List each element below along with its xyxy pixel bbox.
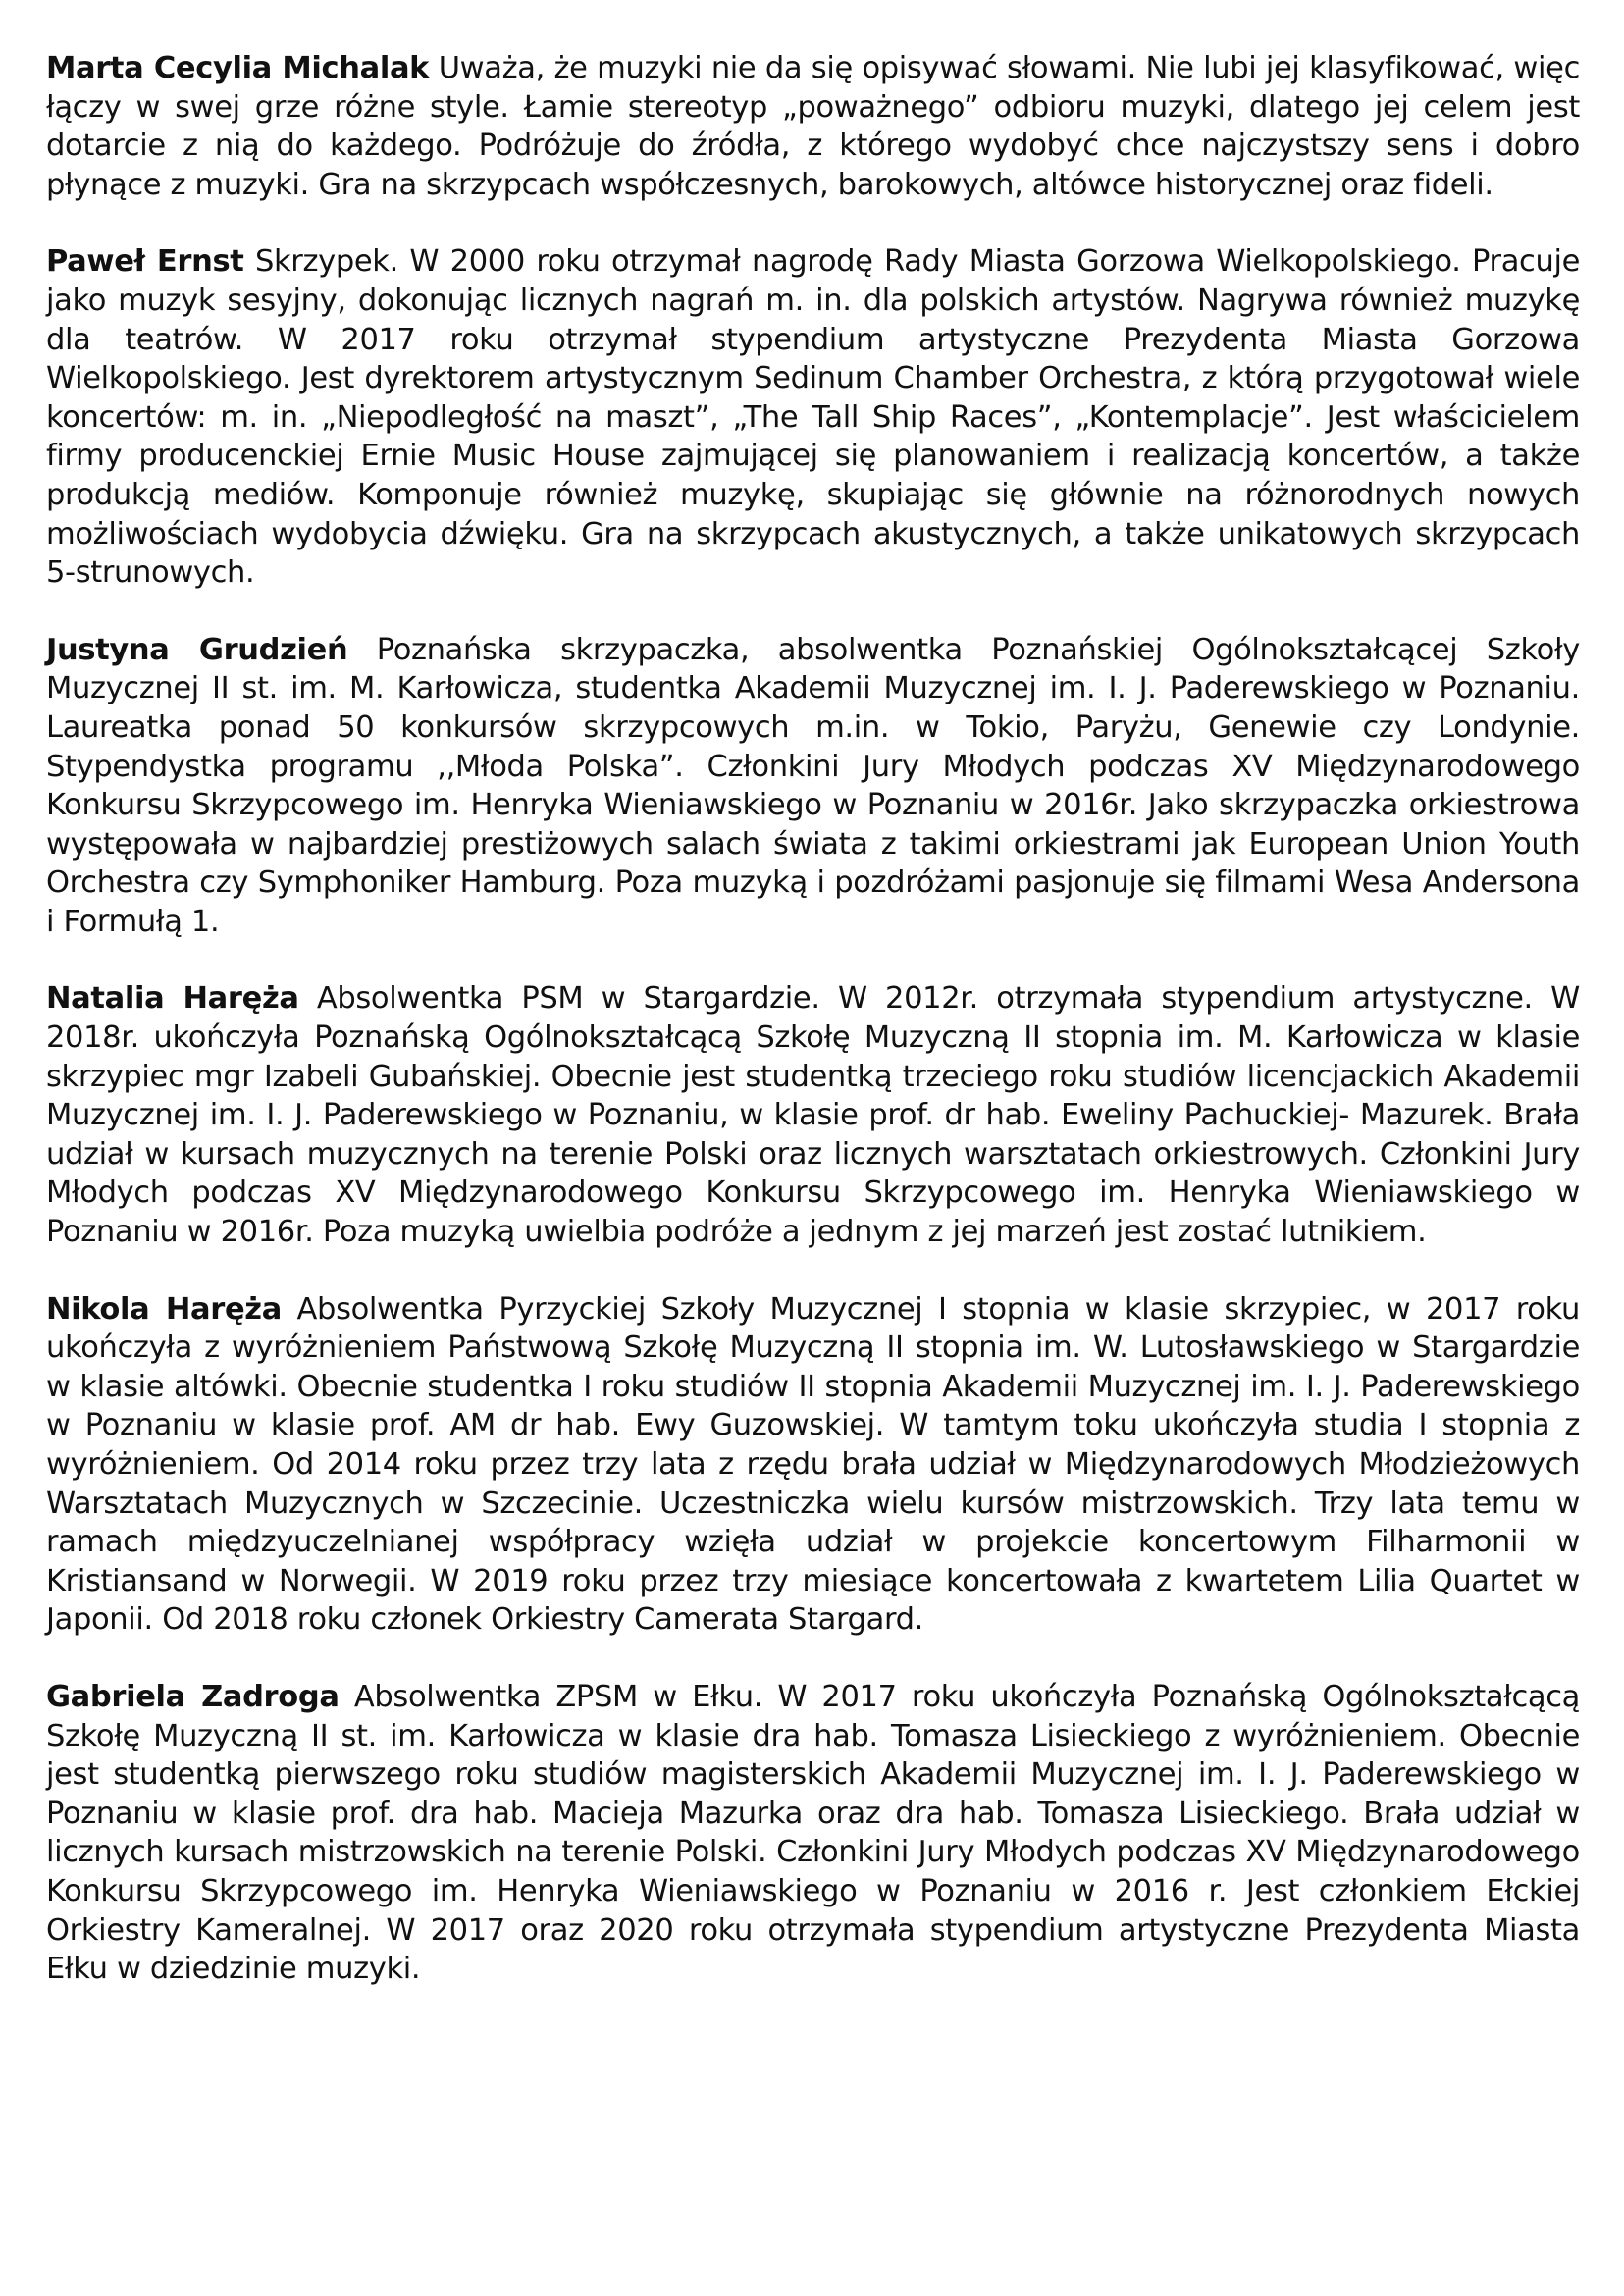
document-page: Marta Cecylia Michalak Uważa, że muzyki … — [46, 49, 1580, 2027]
musician-name: Marta Cecylia Michalak — [46, 51, 429, 85]
bio-text: Poznańska skrzypaczka, absolwentka Pozna… — [46, 633, 1580, 939]
bio-paragraph: Marta Cecylia Michalak Uważa, że muzyki … — [46, 49, 1580, 204]
bio-text: Absolwentka Pyrzyckiej Szkoły Muzycznej … — [46, 1292, 1580, 1638]
bio-text: Skrzypek. W 2000 roku otrzymał nagrodę R… — [46, 244, 1580, 590]
musician-name: Natalia Haręża — [46, 981, 299, 1016]
bio-text: Absolwentka ZPSM w Ełku. W 2017 roku uko… — [46, 1680, 1580, 1986]
musician-name: Justyna Grudzień — [46, 633, 347, 667]
bio-paragraph: Justyna Grudzień Poznańska skrzypaczka, … — [46, 631, 1580, 942]
bio-paragraph: Gabriela Zadroga Absolwentka ZPSM w Ełku… — [46, 1678, 1580, 1989]
musician-name: Nikola Haręża — [46, 1292, 282, 1327]
bio-paragraph: Natalia Haręża Absolwentka PSM w Stargar… — [46, 979, 1580, 1251]
bio-paragraph: Nikola Haręża Absolwentka Pyrzyckiej Szk… — [46, 1290, 1580, 1640]
musician-name: Paweł Ernst — [46, 244, 244, 279]
bio-paragraph: Paweł Ernst Skrzypek. W 2000 roku otrzym… — [46, 242, 1580, 592]
musician-name: Gabriela Zadroga — [46, 1680, 340, 1714]
bio-text: Absolwentka PSM w Stargardzie. W 2012r. … — [46, 981, 1580, 1249]
